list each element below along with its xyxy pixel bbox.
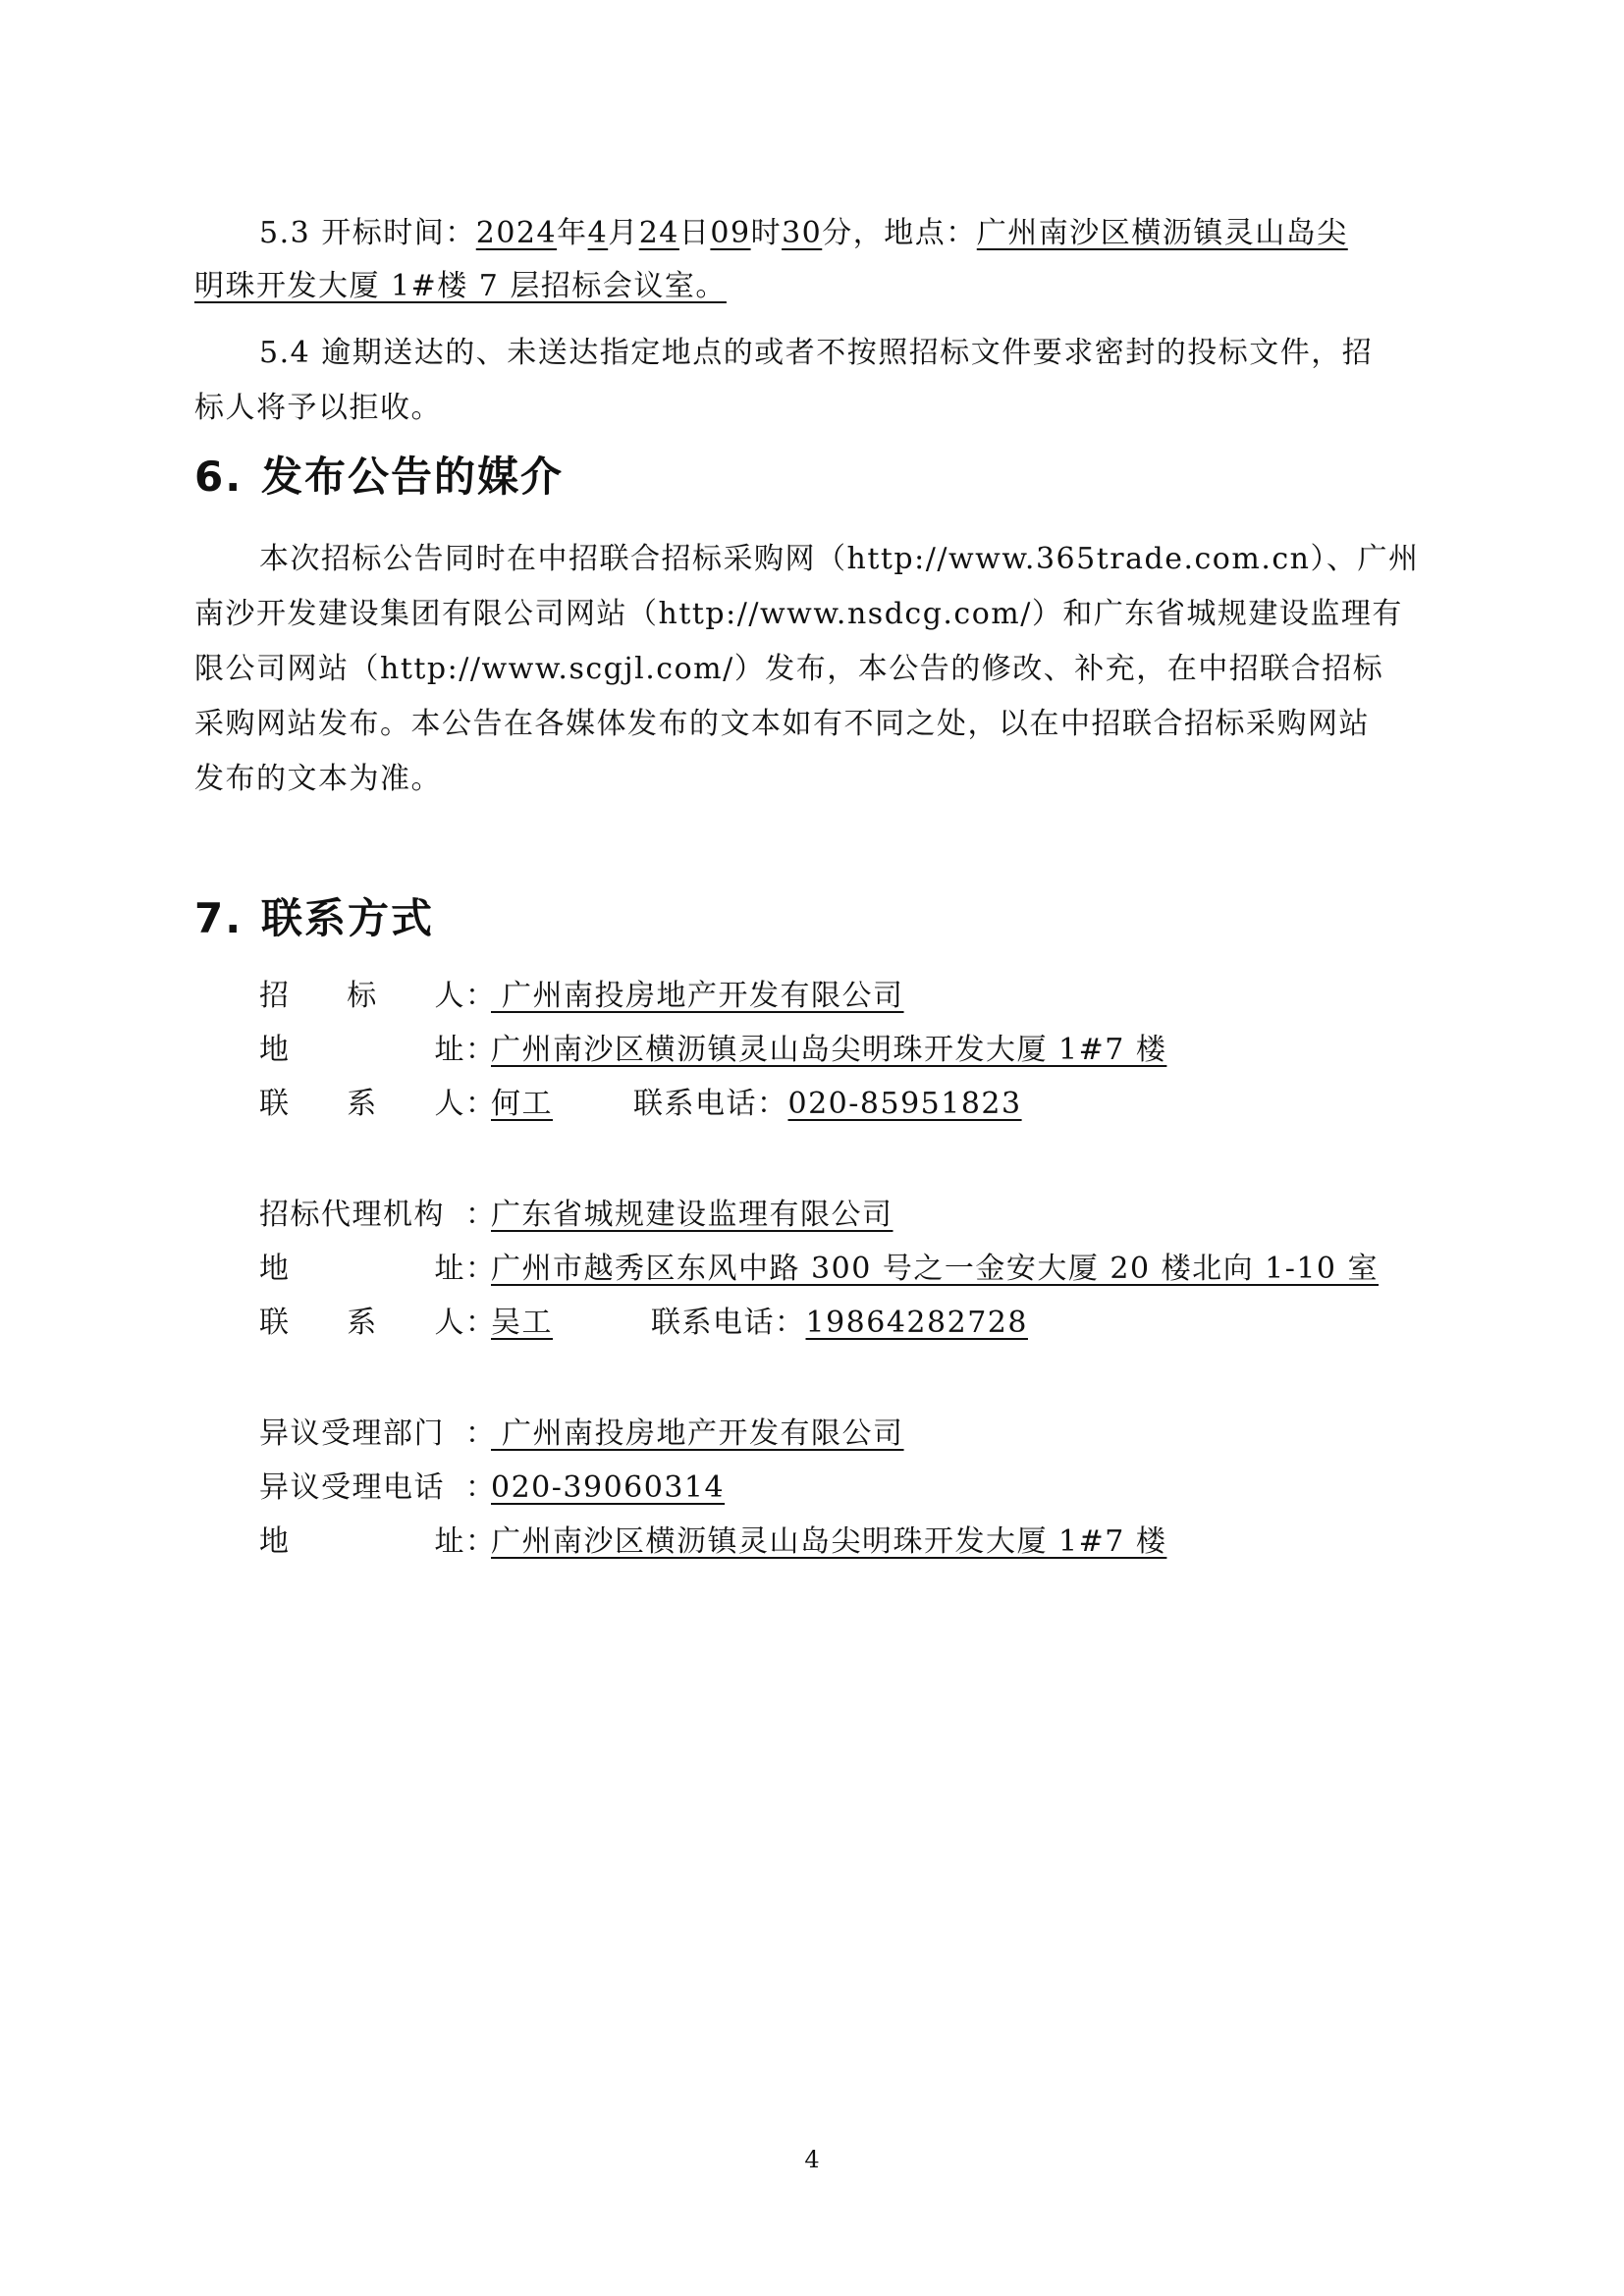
tenderer-phone: 020-85951823 bbox=[788, 1087, 1022, 1121]
label-char: 人 bbox=[435, 1085, 466, 1124]
label-char: 址 bbox=[435, 1522, 466, 1562]
tenderer-row: 招标人： 广州南投房地产开发有限公司 bbox=[259, 977, 904, 1016]
colon: ： bbox=[465, 1031, 491, 1070]
tenderer-contact: 何工 bbox=[491, 1087, 553, 1121]
objection-address: 广州南沙区横沥镇灵山岛尖明珠开发大厦 1#7 楼 bbox=[491, 1524, 1166, 1559]
agency-address: 广州市越秀区东风中路 300 号之一金安大厦 20 楼北向 1-10 室 bbox=[491, 1252, 1379, 1286]
tenderer-address-row: 地址：广州南沙区横沥镇灵山岛尖明珠开发大厦 1#7 楼 bbox=[259, 1031, 1166, 1070]
item-5-3-line1: 5.3 开标时间：2024年4月24日09时30分，地点：广州南沙区横沥镇灵山岛… bbox=[259, 214, 1348, 253]
colon: ： bbox=[465, 1468, 491, 1508]
item-5-4-line2: 标人将予以拒收。 bbox=[194, 389, 442, 428]
section-7-heading: 7.联系方式 bbox=[194, 893, 434, 944]
label-char: 地 bbox=[259, 1522, 291, 1562]
minute-unit: 分，地点： bbox=[822, 216, 977, 250]
label-char: 联 bbox=[259, 1085, 291, 1124]
tenderer-label: 招标人 bbox=[259, 977, 465, 1016]
colon: ： bbox=[465, 1250, 491, 1289]
contact-label: 联系人 bbox=[259, 1085, 465, 1124]
bid-opening-month: 4 bbox=[588, 216, 609, 250]
objection-address-row: 地址：广州南沙区横沥镇灵山岛尖明珠开发大厦 1#7 楼 bbox=[259, 1522, 1166, 1562]
objection-dept: 广州南投房地产开发有限公司 bbox=[491, 1416, 904, 1451]
document-page: 5.3 开标时间：2024年4月24日09时30分，地点：广州南沙区横沥镇灵山岛… bbox=[0, 0, 1624, 2296]
objection-dept-row: 异议受理部门： 广州南投房地产开发有限公司 bbox=[259, 1415, 904, 1454]
agency-contact-row: 联系人：吴工联系电话：19864282728 bbox=[259, 1304, 1028, 1343]
item-5-4-line1: 5.4 逾期送达的、未送达指定地点的或者不按照招标文件要求密封的投标文件，招 bbox=[259, 334, 1373, 373]
contact-label: 联系人 bbox=[259, 1304, 465, 1343]
colon: ： bbox=[465, 1304, 491, 1343]
label-char: 人 bbox=[435, 977, 466, 1016]
bid-opening-place-cont: 明珠开发大厦 1#楼 7 层招标会议室。 bbox=[194, 269, 727, 303]
bid-opening-place: 广州南沙区横沥镇灵山岛尖 bbox=[977, 216, 1348, 250]
objection-dept-label: 异议受理部门 bbox=[259, 1415, 465, 1454]
label-char: 地 bbox=[259, 1031, 291, 1070]
section-6-para-line: 采购网站发布。本公告在各媒体发布的文本如有不同之处，以在中招联合招标采购网站 bbox=[194, 705, 1370, 744]
agency-name: 广东省城规建设监理有限公司 bbox=[491, 1198, 893, 1232]
page-number: 4 bbox=[0, 2146, 1624, 2173]
label-char: 址 bbox=[435, 1031, 466, 1070]
bid-opening-year: 2024 bbox=[476, 216, 557, 250]
tenderer-address: 广州南沙区横沥镇灵山岛尖明珠开发大厦 1#7 楼 bbox=[491, 1033, 1166, 1067]
colon: ： bbox=[465, 1522, 491, 1562]
section-6-para-line: 发布的文本为准。 bbox=[194, 760, 442, 799]
label-char: 系 bbox=[347, 1085, 378, 1124]
section-6-para-line: 本次招标公告同时在中招联合招标采购网（http://www.365trade.c… bbox=[259, 540, 1419, 579]
address-label: 地址 bbox=[259, 1250, 465, 1289]
agency-row: 招标代理机构：广东省城规建设监理有限公司 bbox=[259, 1196, 893, 1235]
hour-unit: 时 bbox=[751, 216, 783, 250]
address-label: 地址 bbox=[259, 1031, 465, 1070]
label-char: 人 bbox=[435, 1304, 466, 1343]
colon: ： bbox=[465, 977, 491, 1016]
bid-opening-minute: 30 bbox=[782, 216, 822, 250]
agency-phone: 19864282728 bbox=[806, 1306, 1028, 1340]
year-unit: 年 bbox=[557, 216, 588, 250]
phone-label: 联系电话： bbox=[651, 1306, 806, 1340]
objection-phone-row: 异议受理电话：020-39060314 bbox=[259, 1468, 725, 1508]
section-title: 发布公告的媒介 bbox=[261, 453, 564, 501]
agency-label: 招标代理机构 bbox=[259, 1196, 465, 1235]
tenderer-contact-row: 联系人：何工联系电话：020-85951823 bbox=[259, 1085, 1022, 1124]
tenderer-name: 广州南投房地产开发有限公司 bbox=[491, 979, 904, 1013]
item-5-3-line2: 明珠开发大厦 1#楼 7 层招标会议室。 bbox=[194, 267, 727, 306]
section-6-para-line: 南沙开发建设集团有限公司网站（http://www.nsdcg.com/）和广东… bbox=[194, 595, 1403, 634]
label-char: 标 bbox=[347, 977, 378, 1016]
section-6-heading: 6.发布公告的媒介 bbox=[194, 452, 564, 503]
label-char: 系 bbox=[347, 1304, 378, 1343]
bid-opening-hour: 09 bbox=[710, 216, 750, 250]
colon: ： bbox=[465, 1085, 491, 1124]
agency-contact: 吴工 bbox=[491, 1306, 553, 1340]
label-char: 地 bbox=[259, 1250, 291, 1289]
section-number: 6. bbox=[194, 452, 261, 503]
address-label: 地址 bbox=[259, 1522, 465, 1562]
label-char: 址 bbox=[435, 1250, 466, 1289]
colon: ： bbox=[465, 1415, 491, 1454]
month-unit: 月 bbox=[608, 216, 639, 250]
label-char: 招 bbox=[259, 977, 291, 1016]
section-title: 联系方式 bbox=[261, 894, 434, 942]
section-number: 7. bbox=[194, 893, 261, 944]
objection-phone-label: 异议受理电话 bbox=[259, 1468, 465, 1508]
objection-phone: 020-39060314 bbox=[491, 1470, 725, 1505]
label-char: 联 bbox=[259, 1304, 291, 1343]
section-6-para-line: 限公司网站（http://www.scgjl.com/）发布，本公告的修改、补充… bbox=[194, 650, 1383, 689]
agency-address-row: 地址：广州市越秀区东风中路 300 号之一金安大厦 20 楼北向 1-10 室 bbox=[259, 1250, 1379, 1289]
day-unit: 日 bbox=[679, 216, 711, 250]
bid-opening-label: 5.3 开标时间： bbox=[259, 216, 476, 250]
phone-label: 联系电话： bbox=[633, 1087, 788, 1121]
bid-opening-day: 24 bbox=[639, 216, 679, 250]
colon: ： bbox=[465, 1196, 491, 1235]
